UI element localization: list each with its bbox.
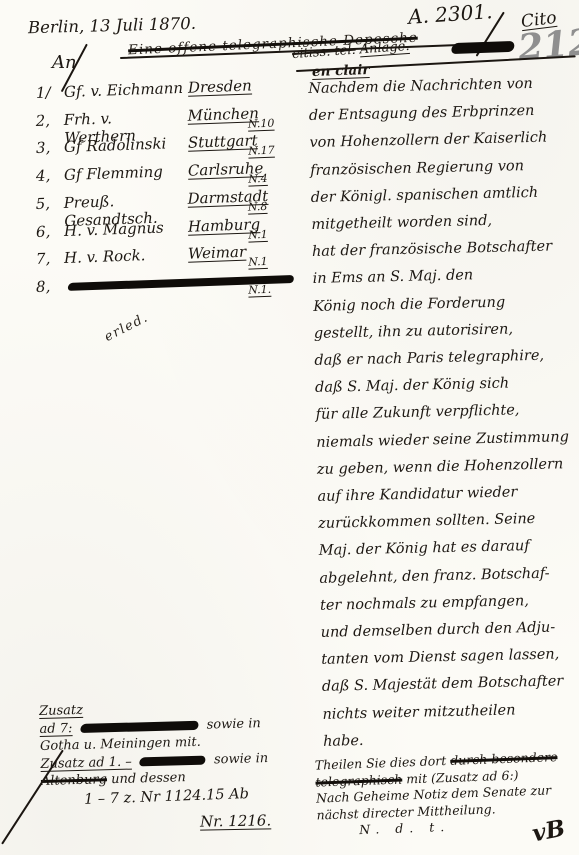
body-text: Nachdem die Nachrichten vonder Entsagung… bbox=[308, 70, 579, 756]
zusatz-ad1-strikeout-blot bbox=[139, 755, 208, 766]
dispatch-reference: 1 – 7 z. Nr 1124.15 Ab bbox=[84, 786, 249, 808]
recipient-name: H. v. Magnus bbox=[64, 217, 187, 239]
registry-diagonal-stroke bbox=[1, 750, 63, 845]
manuscript-page: Berlin, 13 Juli 1870. Eine offene telegr… bbox=[0, 0, 579, 855]
margin-note: erled. bbox=[102, 310, 151, 345]
recipient-name: Gf. v. Eichmann bbox=[64, 79, 187, 101]
dateline: Berlin, 13 Juli 1870. bbox=[28, 14, 196, 37]
closing-line2-struck: telegraphisch bbox=[315, 771, 402, 789]
zusatz-ad7-suffix: sowie in bbox=[206, 716, 261, 732]
recipient-register-number: N.17 bbox=[248, 144, 275, 158]
recipient-index: 8, bbox=[36, 277, 65, 296]
header-strikeout-blot bbox=[450, 41, 517, 54]
recipient-register-number: N.8 bbox=[248, 200, 268, 214]
recipient-row: 8,N.1. bbox=[36, 267, 336, 295]
closing-block: Theilen Sie dies dort durch besondere te… bbox=[315, 748, 579, 840]
journal-number: Nr. 1216. bbox=[200, 811, 271, 830]
recipient-index: 7, bbox=[36, 249, 65, 268]
recipient-index: 2, bbox=[35, 111, 64, 130]
attachment-note-text: Anlage. bbox=[359, 39, 410, 57]
zusatz-heading: Zusatz bbox=[39, 703, 83, 719]
recipient-register-number: N.1. bbox=[248, 283, 271, 297]
recipient-index: 4, bbox=[36, 166, 65, 185]
body-line: daß S. Majestät dem Botschafter bbox=[322, 668, 579, 701]
recipient-index: 1/ bbox=[36, 83, 65, 102]
page-number: 212 bbox=[516, 21, 579, 69]
signature-paraph: vB bbox=[531, 820, 566, 842]
recipient-row: 4,Gf FlemmingCarlsruheN.4 bbox=[36, 157, 336, 185]
registry-block: Zusatz ad 7: sowie in Gotha u. Meiningen… bbox=[39, 697, 269, 790]
recipient-register-number: N.1 bbox=[248, 255, 268, 269]
zusatz-ad1-line2-struck: Altenburg bbox=[41, 772, 107, 789]
recipient-register-number: N.4 bbox=[248, 172, 268, 186]
file-number: A. 2301. bbox=[407, 0, 493, 29]
recipient-row: 7,H. v. Rock.WeimarN.1 bbox=[36, 240, 336, 268]
recipient-register-number: N.1 bbox=[248, 227, 268, 241]
recipient-name: H. v. Rock. bbox=[64, 245, 187, 267]
recipient-index: 3, bbox=[36, 138, 65, 157]
recipient-city: Dresden bbox=[188, 76, 253, 96]
closing-line1-struck: durch besondere bbox=[450, 749, 558, 768]
recipient-list: 1/Gf. v. EichmannDresden2,Frh. v. Werthe… bbox=[36, 84, 336, 314]
closing-initials: N. d. t. bbox=[359, 819, 451, 839]
recipient-index: 6, bbox=[36, 222, 65, 241]
recipient-register-number: N.10 bbox=[248, 116, 275, 130]
zusatz-ad1-suffix: sowie in bbox=[214, 751, 269, 767]
zusatz-ad7-prefix: ad 7: bbox=[39, 721, 72, 737]
recipient-city: Weimar bbox=[188, 243, 247, 263]
recipient-index: 5, bbox=[35, 194, 64, 213]
recipient-row: 1/Gf. v. EichmannDresden bbox=[36, 74, 336, 102]
recipient-name: Gf Flemming bbox=[64, 162, 187, 184]
recipient-name: Gf Radolinski bbox=[64, 134, 187, 156]
zusatz-ad1-line2: und dessen bbox=[111, 770, 186, 787]
attachment-note-struck: citiss. tel. bbox=[292, 43, 357, 62]
zusatz-ad7-strikeout-blot bbox=[79, 720, 200, 732]
